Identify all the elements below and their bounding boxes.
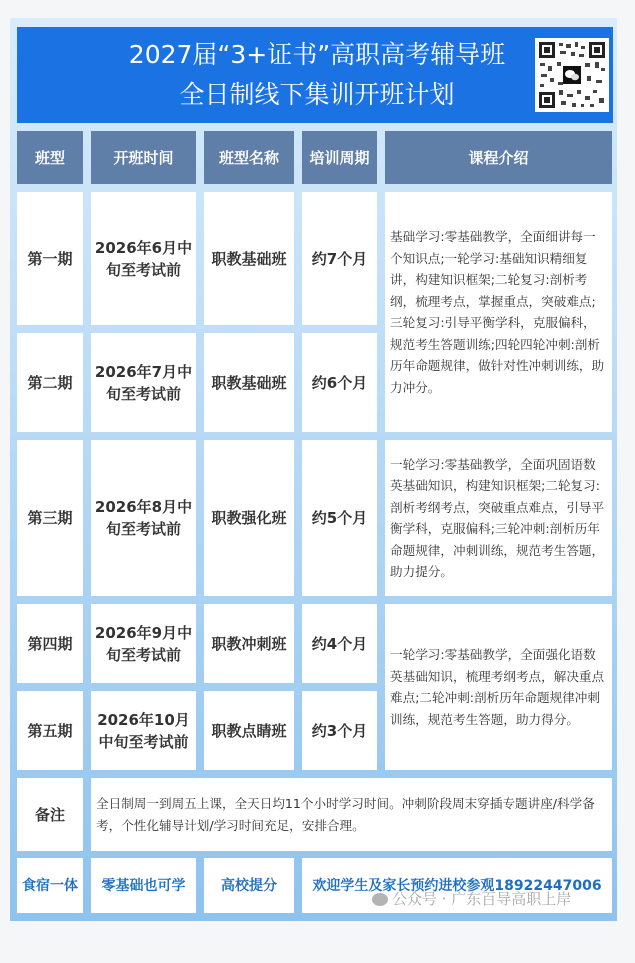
row-4-start-line-2: 旬至考试前 [106, 644, 181, 666]
notes-text: 全日制周一到周五上课，全天日均11个小时学习时间。冲刺阶段周末穿插专题讲座/科学… [91, 778, 612, 851]
row-1-start-line-2: 旬至考试前 [106, 259, 181, 281]
row-3-start-line-1: 2026年8月中 [95, 496, 192, 518]
row-3-duration: 约5个月 [302, 440, 377, 596]
row-1-start: 2026年6月中 旬至考试前 [91, 192, 196, 325]
row-2-start: 2026年7月中 旬至考试前 [91, 333, 196, 432]
column-header-duration: 培训周期 [302, 131, 377, 184]
row-2-name: 职教基础班 [204, 333, 294, 432]
row-2-duration: 约6个月 [302, 333, 377, 432]
column-header-period: 班型 [17, 131, 83, 184]
row-5-start-line-1: 2026年10月 [97, 709, 190, 731]
row-1-start-line-1: 2026年6月中 [95, 237, 192, 259]
column-header-description: 课程介绍 [385, 131, 612, 184]
row-1-duration: 约7个月 [302, 192, 377, 325]
row-3-period: 第三期 [17, 440, 83, 596]
row-5-duration: 约3个月 [302, 691, 377, 770]
footer-feature-score-boost: 高校提分 [204, 858, 294, 913]
row-5-start-line-2: 中旬至考试前 [98, 731, 188, 753]
row-1-period: 第一期 [17, 192, 83, 325]
row-3-start: 2026年8月中 旬至考试前 [91, 440, 196, 596]
description-period-1-2: 基础学习:零基础教学，全面细讲每一个知识点;一轮学习:基础知识精细复讲，构建知识… [385, 192, 612, 432]
row-1-name: 职教基础班 [204, 192, 294, 325]
row-3-start-line-2: 旬至考试前 [106, 518, 181, 540]
watermark-text: 公众号 · 广东百导高职上岸 [392, 890, 571, 908]
qr-code-icon [535, 38, 609, 112]
notes-label: 备注 [17, 778, 83, 851]
footer-feature-boarding: 食宿一体 [17, 858, 83, 913]
footer-feature-zero-basis: 零基础也可学 [91, 858, 196, 913]
poster-title: 2027届“3+证书”高职高考辅导班 全日制线下集训开班计划 [17, 27, 537, 115]
row-2-start-line-2: 旬至考试前 [106, 383, 181, 405]
row-2-start-line-1: 2026年7月中 [95, 361, 192, 383]
column-header-name: 班型名称 [204, 131, 294, 184]
description-period-4-5: 一轮学习:零基础教学，全面强化语数英基础知识，梳理考纲考点，解决重点难点;二轮冲… [385, 604, 612, 770]
row-4-duration: 约4个月 [302, 604, 377, 683]
title-line-1: 2027届“3+证书”高职高考辅导班 [17, 35, 537, 75]
row-5-name: 职教点睛班 [204, 691, 294, 770]
row-3-name: 职教强化班 [204, 440, 294, 596]
row-5-period: 第五期 [17, 691, 83, 770]
row-4-name: 职教冲刺班 [204, 604, 294, 683]
column-header-start: 开班时间 [91, 131, 196, 184]
row-4-start-line-1: 2026年9月中 [95, 622, 192, 644]
row-5-start: 2026年10月 中旬至考试前 [91, 691, 196, 770]
description-period-3: 一轮学习:零基础教学，全面巩固语数英基础知识，构建知识框架;二轮复习:剖析考纲考… [385, 440, 612, 596]
title-line-2: 全日制线下集训开班计划 [17, 75, 537, 115]
row-2-period: 第二期 [17, 333, 83, 432]
wechat-icon [372, 893, 388, 906]
row-4-period: 第四期 [17, 604, 83, 683]
watermark: 公众号 · 广东百导高职上岸 [372, 888, 571, 909]
row-4-start: 2026年9月中 旬至考试前 [91, 604, 196, 683]
